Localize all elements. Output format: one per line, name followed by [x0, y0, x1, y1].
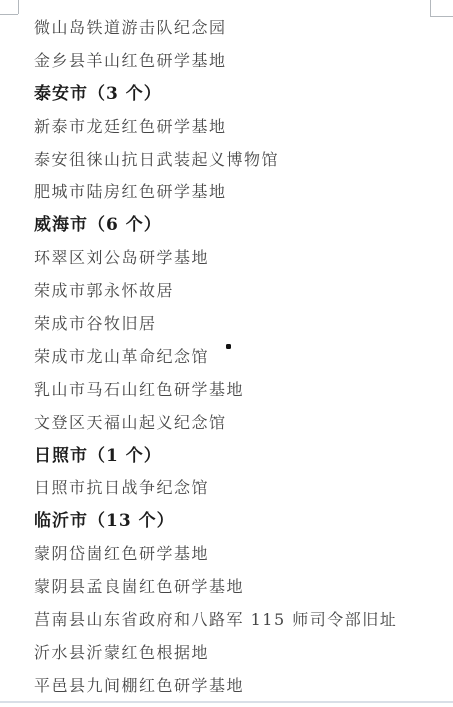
base-list-item: 乳山市马石山红色研学基地 — [34, 374, 453, 407]
base-list-item: 蒙阴县孟良崮红色研学基地 — [34, 571, 453, 604]
base-list-item: 新泰市龙廷红色研学基地 — [34, 111, 453, 144]
city-section-heading: 临沂市（13 个） — [34, 505, 453, 538]
city-section-heading: 威海市（6 个） — [34, 209, 453, 242]
base-list-item: 肥城市陆房红色研学基地 — [34, 176, 453, 209]
city-section-heading: 日照市（1 个） — [34, 440, 453, 473]
document-body: 微山岛铁道游击队纪念园金乡县羊山红色研学基地泰安市（3 个）新泰市龙廷红色研学基… — [34, 12, 453, 703]
base-list-item: 荣成市谷牧旧居 — [34, 308, 453, 341]
base-list-item: 金乡县羊山红色研学基地 — [34, 45, 453, 78]
base-list-item: 蒙阴岱崮红色研学基地 — [34, 538, 453, 571]
base-list-item: 环翠区刘公岛研学基地 — [34, 242, 453, 275]
city-section-heading: 泰安市（3 个） — [34, 78, 453, 111]
base-list-item: 文登区天福山起义纪念馆 — [34, 407, 453, 440]
stray-ink-dot — [226, 344, 231, 349]
base-list-item: 泰安徂徕山抗日武装起义博物馆 — [34, 144, 453, 177]
margin-crop-mark-top-left-vertical — [18, 0, 19, 14]
base-list-item: 莒南县山东省政府和八路军 115 师司令部旧址 — [34, 604, 453, 637]
base-list-item: 沂水县沂蒙红色根据地 — [34, 637, 453, 670]
base-list-item: 荣成市龙山革命纪念馆 — [34, 341, 453, 374]
margin-crop-mark-top-left-horizontal — [0, 14, 18, 15]
base-list-item: 平邑县九间棚红色研学基地 — [34, 670, 453, 703]
base-list-item: 荣成市郭永怀故居 — [34, 275, 453, 308]
base-list-item: 日照市抗日战争纪念馆 — [34, 472, 453, 505]
base-list-item: 微山岛铁道游击队纪念园 — [34, 12, 453, 45]
page-bottom-border — [0, 701, 453, 703]
document-page: 微山岛铁道游击队纪念园金乡县羊山红色研学基地泰安市（3 个）新泰市龙廷红色研学基… — [0, 0, 453, 707]
